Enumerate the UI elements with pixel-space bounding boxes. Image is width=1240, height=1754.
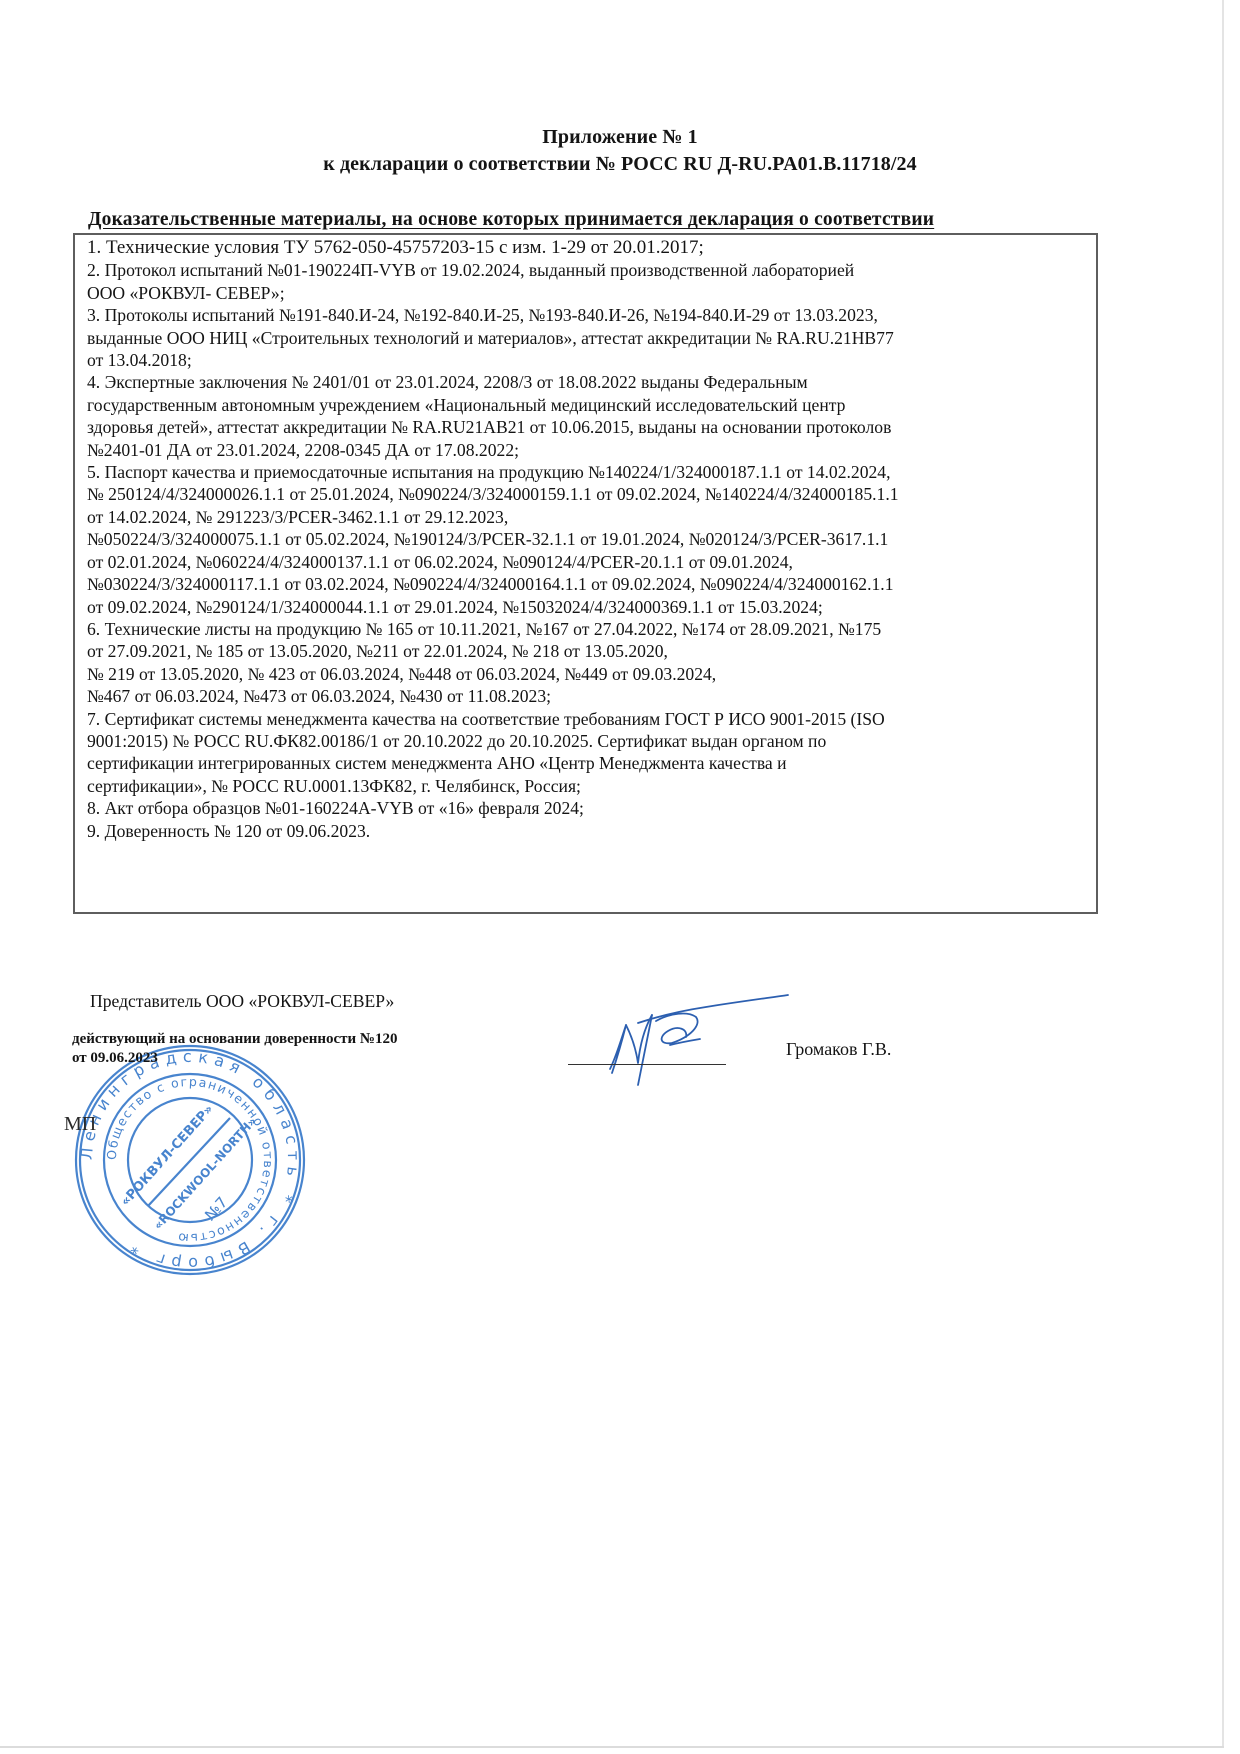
evidence-list-box: 1. Технические условия ТУ 5762-050-45757… [73,233,1098,914]
signer-name: Громаков Г.В. [786,1038,891,1060]
appendix-title-line-2: к декларации о соответствии № РОСС RU Д-… [0,151,1240,178]
evidence-item-5: 5. Паспорт качества и приемосдаточные ис… [87,461,1096,618]
appendix-title-line-1: Приложение № 1 [0,124,1240,151]
company-stamp-icon: Ленинградская область * г. Выборг * Обще… [70,1040,310,1280]
power-of-attorney-basis: действующий на основании доверенности №1… [72,1030,398,1068]
evidence-item-7: 7. Сертификат системы менеджмента качест… [87,708,1096,798]
evidence-item-2: 2. Протокол испытаний №01-190224П-VYB от… [87,259,1096,304]
scan-frame-right-edge [1222,0,1224,1748]
handwritten-signature-icon [560,985,790,1095]
evidence-item-6: 6. Технические листы на продукцию № 165 … [87,618,1096,708]
evidence-heading: Доказательственные материалы, на основе … [88,208,1118,232]
representative-title: Представитель ООО «РОКВУЛ-СЕВЕР» [90,990,394,1012]
evidence-item-8: 8. Акт отбора образцов №01-160224A-VYB о… [87,797,1096,819]
evidence-item-1: 1. Технические условия ТУ 5762-050-45757… [87,237,1096,259]
evidence-item-4: 4. Экспертные заключения № 2401/01 от 23… [87,371,1096,461]
seal-place-label: МП [64,1113,96,1135]
evidence-item-9: 9. Доверенность № 120 от 09.06.2023. [87,820,1096,842]
svg-text:«РОКВУЛ-СЕВЕР»: «РОКВУЛ-СЕВЕР» [118,1102,217,1209]
appendix-title: Приложение № 1 к декларации о соответств… [0,124,1240,178]
evidence-item-3: 3. Протоколы испытаний №191-840.И-24, №1… [87,304,1096,371]
scan-frame-bottom-edge [0,1746,1224,1748]
signature-line [568,1064,726,1065]
